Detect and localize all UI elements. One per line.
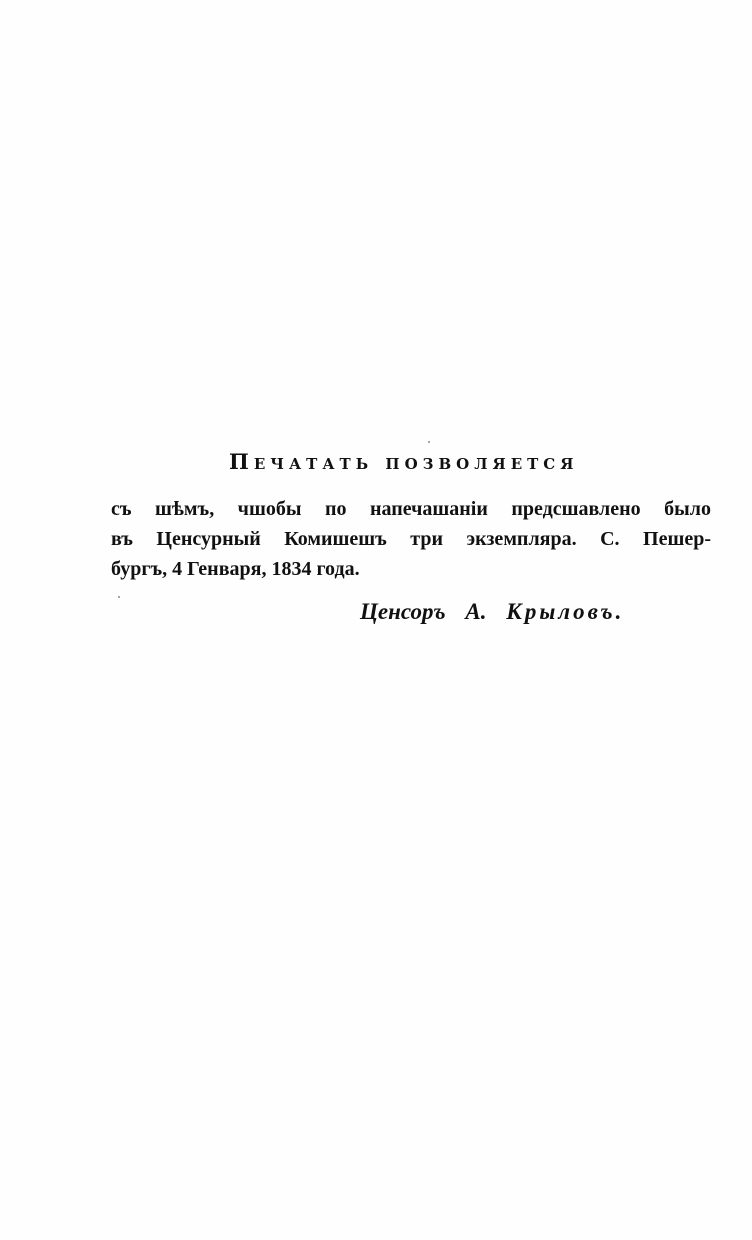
- censor-signature: Ценсоръ А. Крыловъ.: [360, 599, 624, 625]
- signature-surname: Крыловъ.: [506, 599, 624, 624]
- body-line-3: бургъ, 4 Генваря, 1834 года.: [111, 554, 711, 584]
- censorship-heading: Печатать позволяется: [229, 449, 589, 474]
- document-page: Печатать позволяется съ шѣмъ, чшобы по н…: [0, 0, 752, 1240]
- scan-speck: [428, 441, 430, 443]
- body-line-2: въ Ценсурный Комишешъ три экземпляра. С.…: [111, 524, 711, 554]
- scan-speck: [118, 596, 120, 598]
- body-line-1: съ шѣмъ, чшобы по напечашаніи предсшавле…: [111, 494, 711, 524]
- signature-title: Ценсоръ: [360, 599, 446, 624]
- censorship-body: съ шѣмъ, чшобы по напечашаніи предсшавле…: [111, 494, 711, 584]
- signature-initial: А.: [465, 599, 486, 624]
